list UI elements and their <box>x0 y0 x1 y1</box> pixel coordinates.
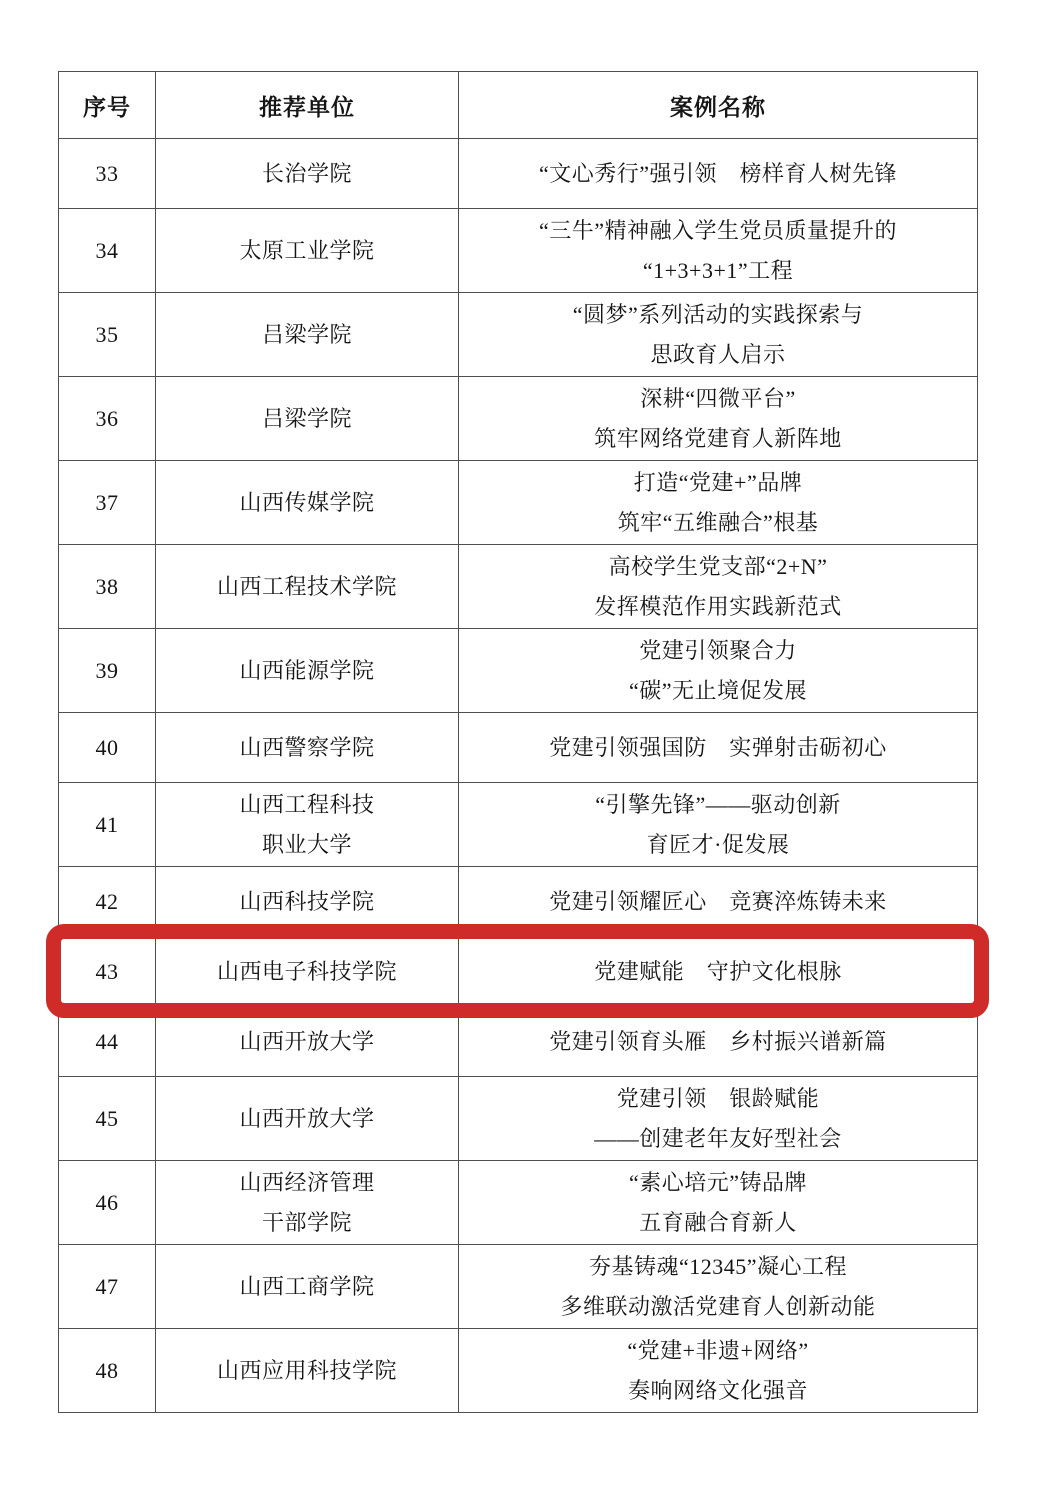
table-row-42: 42山西科技学院党建引领耀匠心 竞赛淬炼铸未来 <box>59 867 978 937</box>
cell-case-name-line: 五育融合育新人 <box>459 1203 977 1243</box>
cell-case-name-line: 思政育人启示 <box>459 335 977 375</box>
cell-serial-line: 34 <box>59 231 155 271</box>
cell-case-name-line: 打造“党建+”品牌 <box>459 463 977 503</box>
cell-serial: 37 <box>59 461 156 545</box>
cell-case-name: 夯基铸魂“12345”凝心工程多维联动激活党建育人创新动能 <box>459 1245 978 1329</box>
cell-serial: 42 <box>59 867 156 937</box>
table-row-39: 39山西能源学院党建引领聚合力“碳”无止境促发展 <box>59 629 978 713</box>
cell-serial: 41 <box>59 783 156 867</box>
cell-case-name: “圆梦”系列活动的实践探索与思政育人启示 <box>459 293 978 377</box>
cell-case-name-line: 高校学生党支部“2+N” <box>459 547 977 587</box>
table-row-34: 34太原工业学院“三牛”精神融入学生党员质量提升的“1+3+3+1”工程 <box>59 209 978 293</box>
table-header: 序号 推荐单位 案例名称 <box>59 72 978 139</box>
cell-serial-line: 36 <box>59 399 155 439</box>
cell-case-name-line: 党建引领育头雁 乡村振兴谱新篇 <box>459 1022 977 1062</box>
cell-unit: 山西传媒学院 <box>156 461 459 545</box>
cell-unit-line: 山西工程科技 <box>156 785 458 825</box>
cell-unit: 山西工程科技职业大学 <box>156 783 459 867</box>
cell-unit-line: 山西科技学院 <box>156 882 458 922</box>
cell-unit: 山西工程技术学院 <box>156 545 459 629</box>
cell-case-name-line: 党建赋能 守护文化根脉 <box>459 952 977 992</box>
cell-unit-line: 太原工业学院 <box>156 231 458 271</box>
cell-case-name: “素心培元”铸品牌五育融合育新人 <box>459 1161 978 1245</box>
cell-case-name-line: 奏响网络文化强音 <box>459 1371 977 1411</box>
cell-unit-line: 吕梁学院 <box>156 399 458 439</box>
cell-unit-line: 山西工程技术学院 <box>156 567 458 607</box>
cell-serial-line: 35 <box>59 315 155 355</box>
cell-serial: 39 <box>59 629 156 713</box>
cell-unit-line: 山西应用科技学院 <box>156 1351 458 1391</box>
cell-case-name-line: “引擎先锋”——驱动创新 <box>459 785 977 825</box>
cell-unit-line: 山西传媒学院 <box>156 483 458 523</box>
cell-unit: 山西应用科技学院 <box>156 1329 459 1413</box>
cell-case-name: 打造“党建+”品牌筑牢“五维融合”根基 <box>459 461 978 545</box>
header-case-name: 案例名称 <box>459 72 978 139</box>
table-row-47: 47山西工商学院夯基铸魂“12345”凝心工程多维联动激活党建育人创新动能 <box>59 1245 978 1329</box>
cell-case-name-line: “素心培元”铸品牌 <box>459 1163 977 1203</box>
cell-unit: 山西能源学院 <box>156 629 459 713</box>
cell-unit: 山西电子科技学院 <box>156 937 459 1007</box>
table-body: 33长治学院“文心秀行”强引领 榜样育人树先锋34太原工业学院“三牛”精神融入学… <box>59 139 978 1413</box>
cell-unit: 山西开放大学 <box>156 1077 459 1161</box>
cell-case-name: 高校学生党支部“2+N”发挥模范作用实践新范式 <box>459 545 978 629</box>
cell-unit-line: 长治学院 <box>156 154 458 194</box>
cell-serial: 43 <box>59 937 156 1007</box>
cell-case-name: 党建引领耀匠心 竞赛淬炼铸未来 <box>459 867 978 937</box>
cell-unit: 山西警察学院 <box>156 713 459 783</box>
cell-case-name-line: “1+3+3+1”工程 <box>459 251 977 291</box>
cell-serial: 38 <box>59 545 156 629</box>
cell-serial: 34 <box>59 209 156 293</box>
cell-unit: 长治学院 <box>156 139 459 209</box>
cases-table: 序号 推荐单位 案例名称 33长治学院“文心秀行”强引领 榜样育人树先锋34太原… <box>58 71 978 1413</box>
cell-case-name: “引擎先锋”——驱动创新育匠才·促发展 <box>459 783 978 867</box>
cell-case-name-line: “文心秀行”强引领 榜样育人树先锋 <box>459 154 977 194</box>
cell-case-name-line: 党建引领聚合力 <box>459 631 977 671</box>
table-row-45: 45山西开放大学党建引领 银龄赋能——创建老年友好型社会 <box>59 1077 978 1161</box>
cell-serial: 44 <box>59 1007 156 1077</box>
table-row-40: 40山西警察学院党建引领强国防 实弹射击砺初心 <box>59 713 978 783</box>
cell-case-name-line: “圆梦”系列活动的实践探索与 <box>459 295 977 335</box>
table-row-37: 37山西传媒学院打造“党建+”品牌筑牢“五维融合”根基 <box>59 461 978 545</box>
cell-serial: 48 <box>59 1329 156 1413</box>
header-row: 序号 推荐单位 案例名称 <box>59 72 978 139</box>
cell-case-name: “三牛”精神融入学生党员质量提升的“1+3+3+1”工程 <box>459 209 978 293</box>
table-row-38: 38山西工程技术学院高校学生党支部“2+N”发挥模范作用实践新范式 <box>59 545 978 629</box>
cell-unit: 太原工业学院 <box>156 209 459 293</box>
cell-unit-line: 山西电子科技学院 <box>156 952 458 992</box>
table-row-41: 41山西工程科技职业大学“引擎先锋”——驱动创新育匠才·促发展 <box>59 783 978 867</box>
cell-serial: 47 <box>59 1245 156 1329</box>
cell-unit-line: 吕梁学院 <box>156 315 458 355</box>
cell-serial-line: 47 <box>59 1267 155 1307</box>
cell-unit-line: 山西工商学院 <box>156 1267 458 1307</box>
cell-unit: 山西开放大学 <box>156 1007 459 1077</box>
cell-serial-line: 38 <box>59 567 155 607</box>
table-row-46: 46山西经济管理干部学院“素心培元”铸品牌五育融合育新人 <box>59 1161 978 1245</box>
header-serial: 序号 <box>59 72 156 139</box>
cell-case-name: 党建引领强国防 实弹射击砺初心 <box>459 713 978 783</box>
cell-unit: 山西经济管理干部学院 <box>156 1161 459 1245</box>
cell-serial-line: 41 <box>59 805 155 845</box>
cell-case-name: 党建引领育头雁 乡村振兴谱新篇 <box>459 1007 978 1077</box>
cell-case-name: 党建赋能 守护文化根脉 <box>459 937 978 1007</box>
table-row-35: 35吕梁学院“圆梦”系列活动的实践探索与思政育人启示 <box>59 293 978 377</box>
table-row-36: 36吕梁学院深耕“四微平台”筑牢网络党建育人新阵地 <box>59 377 978 461</box>
header-unit: 推荐单位 <box>156 72 459 139</box>
cell-serial-line: 39 <box>59 651 155 691</box>
cell-serial-line: 42 <box>59 882 155 922</box>
table-wrapper: 序号 推荐单位 案例名称 33长治学院“文心秀行”强引领 榜样育人树先锋34太原… <box>58 71 977 1413</box>
cell-unit-line: 山西警察学院 <box>156 728 458 768</box>
cell-case-name: 党建引领 银龄赋能——创建老年友好型社会 <box>459 1077 978 1161</box>
cell-case-name: “党建+非遗+网络”奏响网络文化强音 <box>459 1329 978 1413</box>
table-row-44: 44山西开放大学党建引领育头雁 乡村振兴谱新篇 <box>59 1007 978 1077</box>
cell-unit-line: 职业大学 <box>156 825 458 865</box>
cell-case-name-line: 党建引领 银龄赋能 <box>459 1079 977 1119</box>
cell-serial-line: 48 <box>59 1351 155 1391</box>
table-row-48: 48山西应用科技学院“党建+非遗+网络”奏响网络文化强音 <box>59 1329 978 1413</box>
cell-case-name-line: 深耕“四微平台” <box>459 379 977 419</box>
cell-serial: 36 <box>59 377 156 461</box>
cell-unit-line: 山西开放大学 <box>156 1022 458 1062</box>
cell-serial: 35 <box>59 293 156 377</box>
cell-serial: 46 <box>59 1161 156 1245</box>
cell-serial-line: 33 <box>59 154 155 194</box>
cell-unit-line: 山西经济管理 <box>156 1163 458 1203</box>
cell-case-name-line: 党建引领耀匠心 竞赛淬炼铸未来 <box>459 882 977 922</box>
cell-unit-line: 干部学院 <box>156 1203 458 1243</box>
cell-case-name-line: “碳”无止境促发展 <box>459 671 977 711</box>
cell-unit: 山西工商学院 <box>156 1245 459 1329</box>
cell-case-name-line: “党建+非遗+网络” <box>459 1331 977 1371</box>
cell-unit: 吕梁学院 <box>156 377 459 461</box>
cell-serial-line: 46 <box>59 1183 155 1223</box>
cell-case-name: “文心秀行”强引领 榜样育人树先锋 <box>459 139 978 209</box>
table-row-43: 43山西电子科技学院党建赋能 守护文化根脉 <box>59 937 978 1007</box>
cell-case-name-line: 多维联动激活党建育人创新动能 <box>459 1287 977 1327</box>
cell-case-name-line: 育匠才·促发展 <box>459 825 977 865</box>
cell-serial-line: 40 <box>59 728 155 768</box>
cell-case-name: 党建引领聚合力“碳”无止境促发展 <box>459 629 978 713</box>
cell-serial: 45 <box>59 1077 156 1161</box>
cell-serial-line: 37 <box>59 483 155 523</box>
cell-case-name-line: 发挥模范作用实践新范式 <box>459 587 977 627</box>
cell-case-name-line: 筑牢“五维融合”根基 <box>459 503 977 543</box>
cell-case-name-line: “三牛”精神融入学生党员质量提升的 <box>459 211 977 251</box>
cell-unit-line: 山西能源学院 <box>156 651 458 691</box>
cell-case-name: 深耕“四微平台”筑牢网络党建育人新阵地 <box>459 377 978 461</box>
cell-case-name-line: ——创建老年友好型社会 <box>459 1119 977 1159</box>
cell-case-name-line: 夯基铸魂“12345”凝心工程 <box>459 1247 977 1287</box>
cell-unit: 吕梁学院 <box>156 293 459 377</box>
cell-serial-line: 44 <box>59 1022 155 1062</box>
cell-serial: 40 <box>59 713 156 783</box>
cell-serial-line: 43 <box>59 952 155 992</box>
cell-unit-line: 山西开放大学 <box>156 1099 458 1139</box>
cell-serial-line: 45 <box>59 1099 155 1139</box>
cell-case-name-line: 筑牢网络党建育人新阵地 <box>459 419 977 459</box>
cell-case-name-line: 党建引领强国防 实弹射击砺初心 <box>459 728 977 768</box>
table-row-33: 33长治学院“文心秀行”强引领 榜样育人树先锋 <box>59 139 978 209</box>
cell-unit: 山西科技学院 <box>156 867 459 937</box>
cell-serial: 33 <box>59 139 156 209</box>
